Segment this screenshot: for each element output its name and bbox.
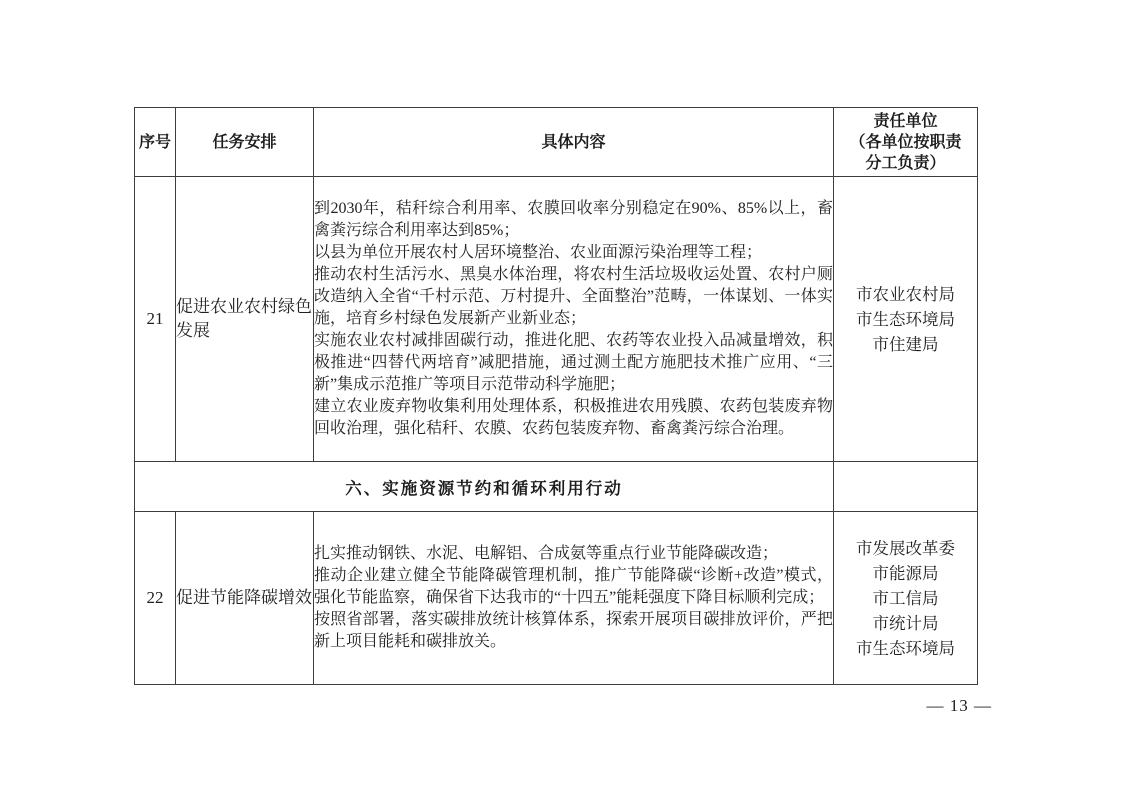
unit-item: 市发展改革委 — [834, 536, 977, 561]
table-row-22: 22 促进节能降碳增效 扎实推动钢铁、水泥、电解铝、合成氨等重点行业节能降碳改造… — [135, 512, 978, 685]
page-number: — 13 — — [927, 696, 993, 716]
section-header-row: 六、实施资源节约和循环利用行动 — [135, 462, 978, 512]
unit-item: 市生态环境局 — [834, 636, 977, 661]
row-21-task: 促进农业农村绿色发展 — [176, 177, 314, 462]
content-line: 实施农业农村减排固碳行动，推进化肥、农药等农业投入品减量增效，积极推进“四替代两… — [314, 330, 833, 396]
header-no: 序号 — [135, 108, 176, 177]
header-unit: 责任单位 （各单位按职责 分工负责） — [834, 108, 978, 177]
content-line: 按照省部署，落实碳排放统计核算体系，探索开展项目碳排放评价，严把新上项目能耗和碳… — [314, 609, 833, 653]
row-22-content: 扎实推动钢铁、水泥、电解铝、合成氨等重点行业节能降碳改造； 推动企业建立健全节能… — [314, 512, 834, 685]
row-21-number: 21 — [135, 177, 176, 462]
unit-item: 市住建局 — [834, 332, 977, 357]
content-line: 以县为单位开展农村人居环境整治、农业面源污染治理等工程； — [314, 242, 833, 264]
unit-item: 市能源局 — [834, 561, 977, 586]
row-21-content: 到2030年，秸秆综合利用率、农膜回收率分别稳定在90%、85%以上，畜禽粪污综… — [314, 177, 834, 462]
unit-item: 市生态环境局 — [834, 307, 977, 332]
table-header-row: 序号 任务安排 具体内容 责任单位 （各单位按职责 分工负责） — [135, 108, 978, 177]
header-unit-line: 分工负责） — [834, 153, 977, 174]
header-content: 具体内容 — [314, 108, 834, 177]
unit-item: 市工信局 — [834, 586, 977, 611]
row-21-units: 市农业农村局 市生态环境局 市住建局 — [834, 177, 978, 462]
document-page: 序号 任务安排 具体内容 责任单位 （各单位按职责 分工负责） 21 促进农业农… — [0, 0, 1123, 794]
content-line: 扎实推动钢铁、水泥、电解铝、合成氨等重点行业节能降碳改造； — [314, 543, 833, 565]
header-unit-line: （各单位按职责 — [834, 132, 977, 153]
unit-item: 市农业农村局 — [834, 282, 977, 307]
section-title: 六、实施资源节约和循环利用行动 — [135, 462, 834, 512]
row-22-number: 22 — [135, 512, 176, 685]
header-unit-line: 责任单位 — [834, 111, 977, 132]
header-task: 任务安排 — [176, 108, 314, 177]
unit-item: 市统计局 — [834, 611, 977, 636]
content-line: 推动企业建立健全节能降碳管理机制，推广节能降碳“诊断+改造”模式，强化节能监察，… — [314, 565, 833, 609]
content-line: 推动农村生活污水、黑臭水体治理，将农村生活垃圾收运处置、农村户厕改造纳入全省“千… — [314, 264, 833, 330]
content-line: 到2030年，秸秆综合利用率、农膜回收率分别稳定在90%、85%以上，畜禽粪污综… — [314, 198, 833, 242]
content-line: 建立农业废弃物收集利用处理体系，积极推进农用残膜、农药包装废弃物回收治理，强化秸… — [314, 396, 833, 440]
row-22-task: 促进节能降碳增效 — [176, 512, 314, 685]
task-table: 序号 任务安排 具体内容 责任单位 （各单位按职责 分工负责） 21 促进农业农… — [134, 107, 978, 685]
table-row-21: 21 促进农业农村绿色发展 到2030年，秸秆综合利用率、农膜回收率分别稳定在9… — [135, 177, 978, 462]
row-22-units: 市发展改革委 市能源局 市工信局 市统计局 市生态环境局 — [834, 512, 978, 685]
section-empty-unit-cell — [834, 462, 978, 512]
